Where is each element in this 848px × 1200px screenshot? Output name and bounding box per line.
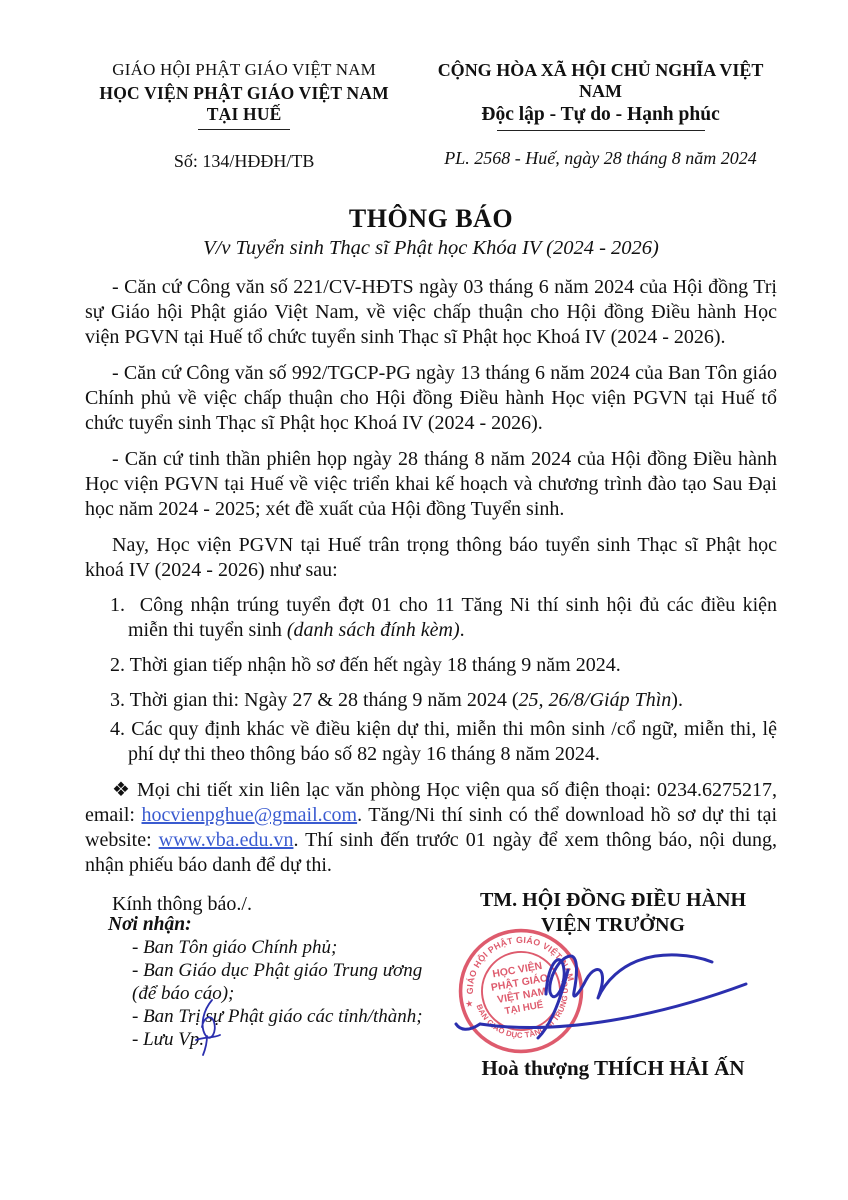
paragraph-basis-1: - Căn cứ Công văn số 221/CV-HĐTS ngày 03… [85, 275, 777, 350]
diamond-icon: ❖ [112, 779, 131, 801]
signer-authority-line1: TM. HỘI ĐỒNG ĐIỀU HÀNH [448, 888, 778, 913]
paragraph-contact: ❖ Mọi chi tiết xin liên lạc văn phòng Họ… [85, 778, 777, 878]
national-motto: Độc lập - Tự do - Hạnh phúc [424, 104, 777, 126]
motto-underline [497, 130, 705, 131]
handwritten-signature [450, 920, 762, 1060]
list-item-2: 2. Thời gian tiếp nhận hồ sơ đến hết ngà… [110, 653, 777, 678]
recipients-block: Nơi nhận: - Ban Tôn giáo Chính phủ; - Ba… [108, 914, 448, 1051]
list-text: Thời gian thi: Ngày 27 & 28 tháng 9 năm … [125, 689, 519, 711]
list-item-3: 3. Thời gian thi: Ngày 27 & 28 tháng 9 n… [110, 688, 777, 713]
list-text: Thời gian tiếp nhận hồ sơ đến hết ngày 1… [125, 654, 621, 676]
list-item-4: 4. Các quy định khác về điều kiện dự thi… [110, 717, 777, 767]
page-title: THÔNG BÁO [85, 204, 777, 234]
list-item-1: 1. Công nhận trúng tuyển đợt 01 cho 11 T… [110, 593, 777, 643]
recipient-line: - Lưu Vp. [132, 1029, 448, 1051]
document-page: GIÁO HỘI PHẬT GIÁO VIỆT NAM HỌC VIỆN PHẬ… [0, 0, 848, 1200]
list-text-italic: 25, 26/8/Giáp Thìn [519, 689, 672, 711]
org-parent-name: GIÁO HỘI PHẬT GIÁO VIỆT NAM [85, 60, 403, 80]
header-national-motto: CỘNG HÒA XÃ HỘI CHỦ NGHĨA VIỆT NAM Độc l… [424, 60, 777, 172]
document-number: Số: 134/HĐĐH/TB [85, 151, 403, 172]
website-link[interactable]: www.vba.edu.vn [159, 829, 294, 851]
recipient-line: - Ban Giáo dục Phật giáo Trung ương [132, 960, 448, 982]
recipient-line: - Ban Trị sự Phật giáo các tỉnh/thành; [132, 1006, 448, 1028]
pen-initial-mark [190, 994, 226, 1058]
org-underline [198, 129, 290, 130]
list-text-end: . [460, 619, 465, 641]
list-number: 4. [110, 718, 125, 740]
list-text-end: ). [671, 689, 683, 711]
recipient-line: (để báo cáo); [132, 983, 448, 1005]
place-date-line: PL. 2568 - Huế, ngày 28 tháng 8 năm 2024 [424, 148, 777, 169]
email-link[interactable]: hocvienpghue@gmail.com [142, 804, 358, 826]
page-subtitle: V/v Tuyển sinh Thạc sĩ Phật học Khóa IV … [85, 237, 777, 260]
list-number: 2. [110, 654, 125, 676]
org-unit-name: HỌC VIỆN PHẬT GIÁO VIỆT NAM TẠI HUẾ [85, 83, 403, 125]
list-number: 1. [110, 594, 125, 616]
list-text: Các quy định khác về điều kiện dự thi, m… [125, 718, 777, 765]
paragraph-basis-3: - Căn cứ tinh thần phiên họp ngày 28 thá… [85, 447, 777, 522]
document-header: GIÁO HỘI PHẬT GIÁO VIỆT NAM HỌC VIỆN PHẬ… [85, 60, 777, 172]
recipient-line: - Ban Tôn giáo Chính phủ; [132, 937, 448, 959]
recipients-heading: Nơi nhận: [108, 914, 448, 936]
list-number: 3. [110, 689, 125, 711]
header-issuing-org: GIÁO HỘI PHẬT GIÁO VIỆT NAM HỌC VIỆN PHẬ… [85, 60, 403, 172]
paragraph-basis-2: - Căn cứ Công văn số 992/TGCP-PG ngày 13… [85, 361, 777, 436]
national-title: CỘNG HÒA XÃ HỘI CHỦ NGHĨA VIỆT NAM [424, 60, 777, 102]
signature-footer: Nơi nhận: - Ban Tôn giáo Chính phủ; - Ba… [0, 872, 848, 1200]
signer-name: Hoà thượng THÍCH HẢI ẤN [438, 1056, 788, 1081]
paragraph-intro: Nay, Học viện PGVN tại Huế trân trọng th… [85, 533, 777, 583]
list-text-italic: (danh sách đính kèm) [287, 619, 460, 641]
